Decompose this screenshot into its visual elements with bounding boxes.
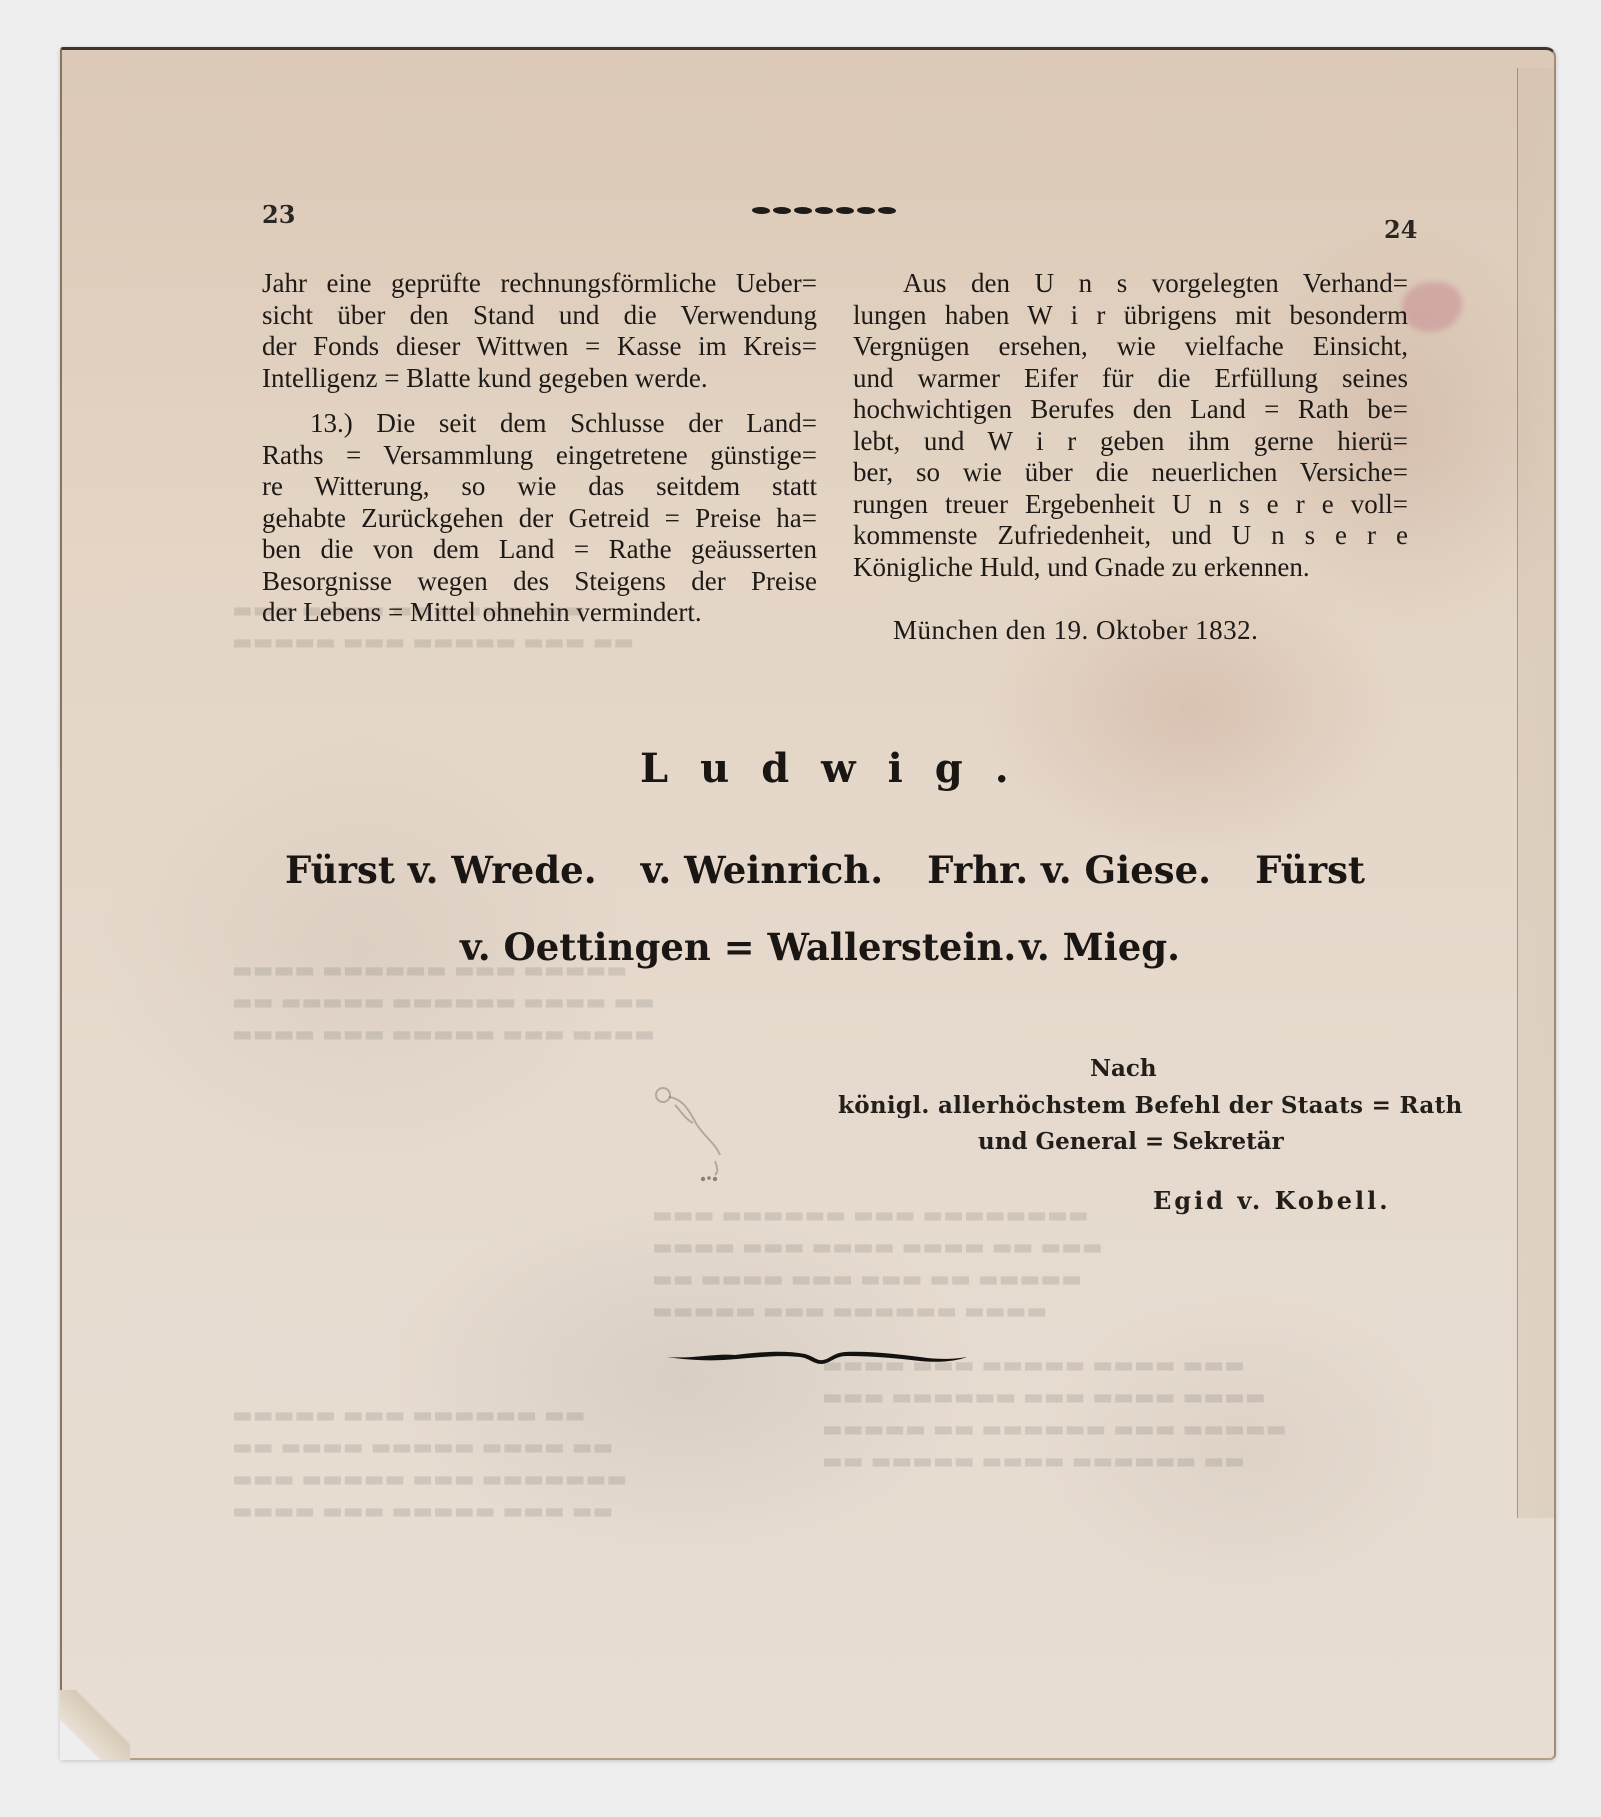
- paragraph-continuation: Jahr eine geprüfte rechnungsförmliche Ue…: [262, 268, 817, 394]
- text-line: lungen haben W i r übrigens mit besonder…: [853, 300, 1408, 332]
- text-line: der Fonds dieser Wittwen = Kasse im Krei…: [262, 331, 817, 363]
- text-line: rungen treuer Ergebenheit U n s e r e vo…: [853, 489, 1408, 521]
- text-line: und warmer Eifer für die Erfüllung seine…: [853, 363, 1408, 395]
- show-through-text: ▬▬▬▬ ▬▬▬▬▬▬ ▬▬▬ ▬▬▬▬▬ ▬▬ ▬▬▬▬▬ ▬▬▬▬▬▬ ▬▬…: [232, 955, 655, 1051]
- page-number-left: 23: [262, 200, 295, 229]
- text-line: sicht über den Stand und die Verwendung: [262, 300, 817, 332]
- text-line: Vergnügen ersehen, wie vielfache Einsich…: [853, 331, 1408, 363]
- countersign-line-2: königl. allerhöchstem Befehl der Staats …: [838, 1092, 1398, 1119]
- paragraph-item-13: 13.) Die seit dem Schlusse der Land= Rat…: [262, 408, 817, 629]
- text-line: re Witterung, so wie das seitdem statt: [262, 471, 817, 503]
- page-number-right: 24: [1384, 215, 1417, 244]
- text-line: ber, so wie über die neuerlichen Versich…: [853, 457, 1408, 489]
- text-line: 13.) Die seit dem Schlusse der Land=: [262, 408, 817, 440]
- folded-corner: [60, 1690, 130, 1760]
- minister-name: v. Mieg.: [1019, 925, 1180, 969]
- minister-name: v. Weinrich.: [641, 848, 883, 892]
- text-line: lebt, und W i r geben ihm gerne hierü=: [853, 426, 1408, 458]
- text-line: Aus den U n s vorgelegten Verhand=: [853, 268, 1408, 300]
- dateline: München den 19. Oktober 1832.: [893, 615, 1258, 646]
- paragraph-closing: Aus den U n s vorgelegten Verhand= lunge…: [853, 268, 1408, 583]
- header-ornament-icon: [752, 207, 896, 214]
- minister-name: Frhr. v. Giese.: [927, 848, 1211, 892]
- text-line: der Lebens = Mittel ohnehin vermindert.: [262, 597, 817, 629]
- ink-stain: [1402, 282, 1462, 332]
- text-line: Intelligenz = Blatte kund gegeben werde.: [262, 363, 817, 395]
- text-line: Jahr eine geprüfte rechnungsförmliche Ue…: [262, 268, 817, 300]
- king-signature: Ludwig.: [640, 745, 1010, 792]
- minister-name: Fürst: [1255, 848, 1365, 892]
- text-line: gehabte Zurückgehen der Getreid = Preise…: [262, 503, 817, 535]
- text-line: hochwichtigen Berufes den Land = Rath be…: [853, 394, 1408, 426]
- countersign-line-3: und General = Sekretär: [978, 1128, 1284, 1155]
- minister-name: v. Oettingen = Wallerstein.: [460, 925, 1016, 969]
- ministers-line-2: v. Oettingen = Wallerstein. v. Mieg.: [460, 925, 1180, 969]
- text-line: kommenste Zufriedenheit, und U n s e r e: [853, 520, 1408, 552]
- faint-seal-mark-icon: [645, 1075, 755, 1185]
- text-line: ben die von dem Land = Rathe geäusserten: [262, 534, 817, 566]
- text-line: Königliche Huld, und Gnade zu erkennen.: [853, 552, 1408, 584]
- ministers-line-1: Fürst v. Wrede. v. Weinrich. Frhr. v. Gi…: [285, 848, 1365, 892]
- binding-fold-strip: [1517, 68, 1554, 1518]
- right-column: Aus den U n s vorgelegten Verhand= lunge…: [853, 268, 1408, 597]
- show-through-text: ▬▬▬ ▬▬▬▬▬▬ ▬▬▬ ▬▬▬▬▬▬▬▬ ▬▬▬▬ ▬▬▬ ▬▬▬▬ ▬▬…: [652, 1200, 1103, 1328]
- show-through-text: ▬▬▬▬▬ ▬▬▬ ▬▬▬▬▬▬ ▬▬ ▬▬ ▬▬▬▬ ▬▬▬▬▬ ▬▬▬▬ ▬…: [232, 1400, 627, 1528]
- countersign-line-1: Nach: [1090, 1055, 1157, 1082]
- left-column: Jahr eine geprüfte rechnungsförmliche Ue…: [262, 268, 817, 643]
- secretary-name: Egid v. Kobell.: [1153, 1186, 1391, 1215]
- tailpiece-ornament-icon: [665, 1345, 970, 1373]
- text-line: Besorgnisse wegen des Steigens der Preis…: [262, 566, 817, 598]
- minister-name: Fürst v. Wrede.: [285, 848, 597, 892]
- text-line: Raths = Versammlung eingetretene günstig…: [262, 440, 817, 472]
